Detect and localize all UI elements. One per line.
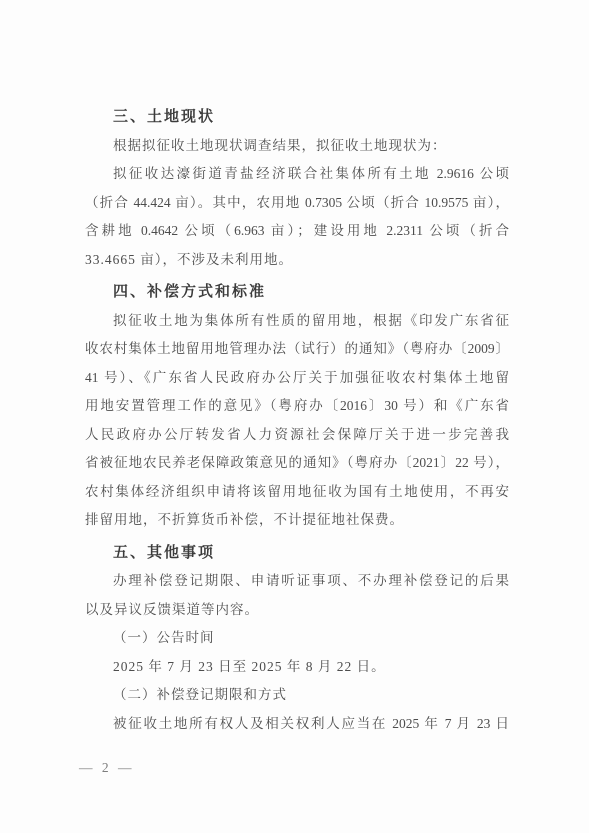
- text-line: 拟征收达濠街道青盐经济联合社集体所有土地 2.9616 公顷: [85, 160, 509, 189]
- text-line: （折合 44.424 亩）。其中，农用地 0.7305 公顷（折合 10.957…: [85, 189, 509, 218]
- text-line: 收农村集体土地留用地管理办法（试行）的通知》（粤府办〔2009〕: [85, 335, 509, 364]
- section-land-status: 三、土地现状 根据拟征收土地现状调查结果，拟征收土地现状为： 拟征收达濠街道青盐…: [85, 103, 509, 274]
- document-page: 三、土地现状 根据拟征收土地现状调查结果，拟征收土地现状为： 拟征收达濠街道青盐…: [0, 0, 589, 833]
- section-heading: 四、补偿方式和标准: [85, 278, 509, 307]
- text-line: 人民政府办公厅转发省人力资源社会保障厅关于进一步完善我: [85, 421, 509, 450]
- text-line: 拟征收土地为集体所有性质的留用地，根据《印发广东省征: [85, 307, 509, 336]
- section-other-items: 五、其他事项 办理补偿登记期限、申请听证事项、不办理补偿登记的后果 以及异议反馈…: [85, 539, 509, 739]
- section-compensation: 四、补偿方式和标准 拟征收土地为集体所有性质的留用地，根据《印发广东省征 收农村…: [85, 278, 509, 535]
- section-heading: 五、其他事项: [85, 539, 509, 568]
- section-heading: 三、土地现状: [85, 103, 509, 132]
- subsection-heading-registration: （二）补偿登记期限和方式: [85, 681, 509, 710]
- text-line: 办理补偿登记期限、申请听证事项、不办理补偿登记的后果: [85, 567, 509, 596]
- document-content: 三、土地现状 根据拟征收土地现状调查结果，拟征收土地现状为： 拟征收达濠街道青盐…: [85, 103, 509, 738]
- text-line: 含耕地 0.4642 公顷（6.963 亩）；建设用地 2.2311 公顷（折合: [85, 217, 509, 246]
- text-line: 33.4665 亩），不涉及未利用地。: [85, 246, 509, 275]
- announcement-date-range: 2025 年 7 月 23 日至 2025 年 8 月 22 日。: [85, 653, 509, 682]
- text-line: 省被征地农民养老保障政策意见的通知》（粤府办〔2021〕22 号），: [85, 449, 509, 478]
- subsection-heading-announcement-time: （一）公告时间: [85, 624, 509, 653]
- text-line: 排留用地，不折算货币补偿，不计提征地社保费。: [85, 506, 509, 535]
- text-line: 根据拟征收土地现状调查结果，拟征收土地现状为：: [85, 132, 509, 161]
- text-line: 被征收土地所有权人及相关权利人应当在 2025 年 7 月 23 日: [85, 710, 509, 739]
- text-line: 农村集体经济组织申请将该留用地征收为国有土地使用，不再安: [85, 478, 509, 507]
- page-number: — 2 —: [79, 760, 135, 776]
- text-line: 用地安置管理工作的意见》（粤府办〔2016〕30 号）和《广东省: [85, 392, 509, 421]
- text-line: 41 号）、《广东省人民政府办公厅关于加强征收农村集体土地留: [85, 364, 509, 393]
- text-line: 以及异议反馈渠道等内容。: [85, 596, 509, 625]
